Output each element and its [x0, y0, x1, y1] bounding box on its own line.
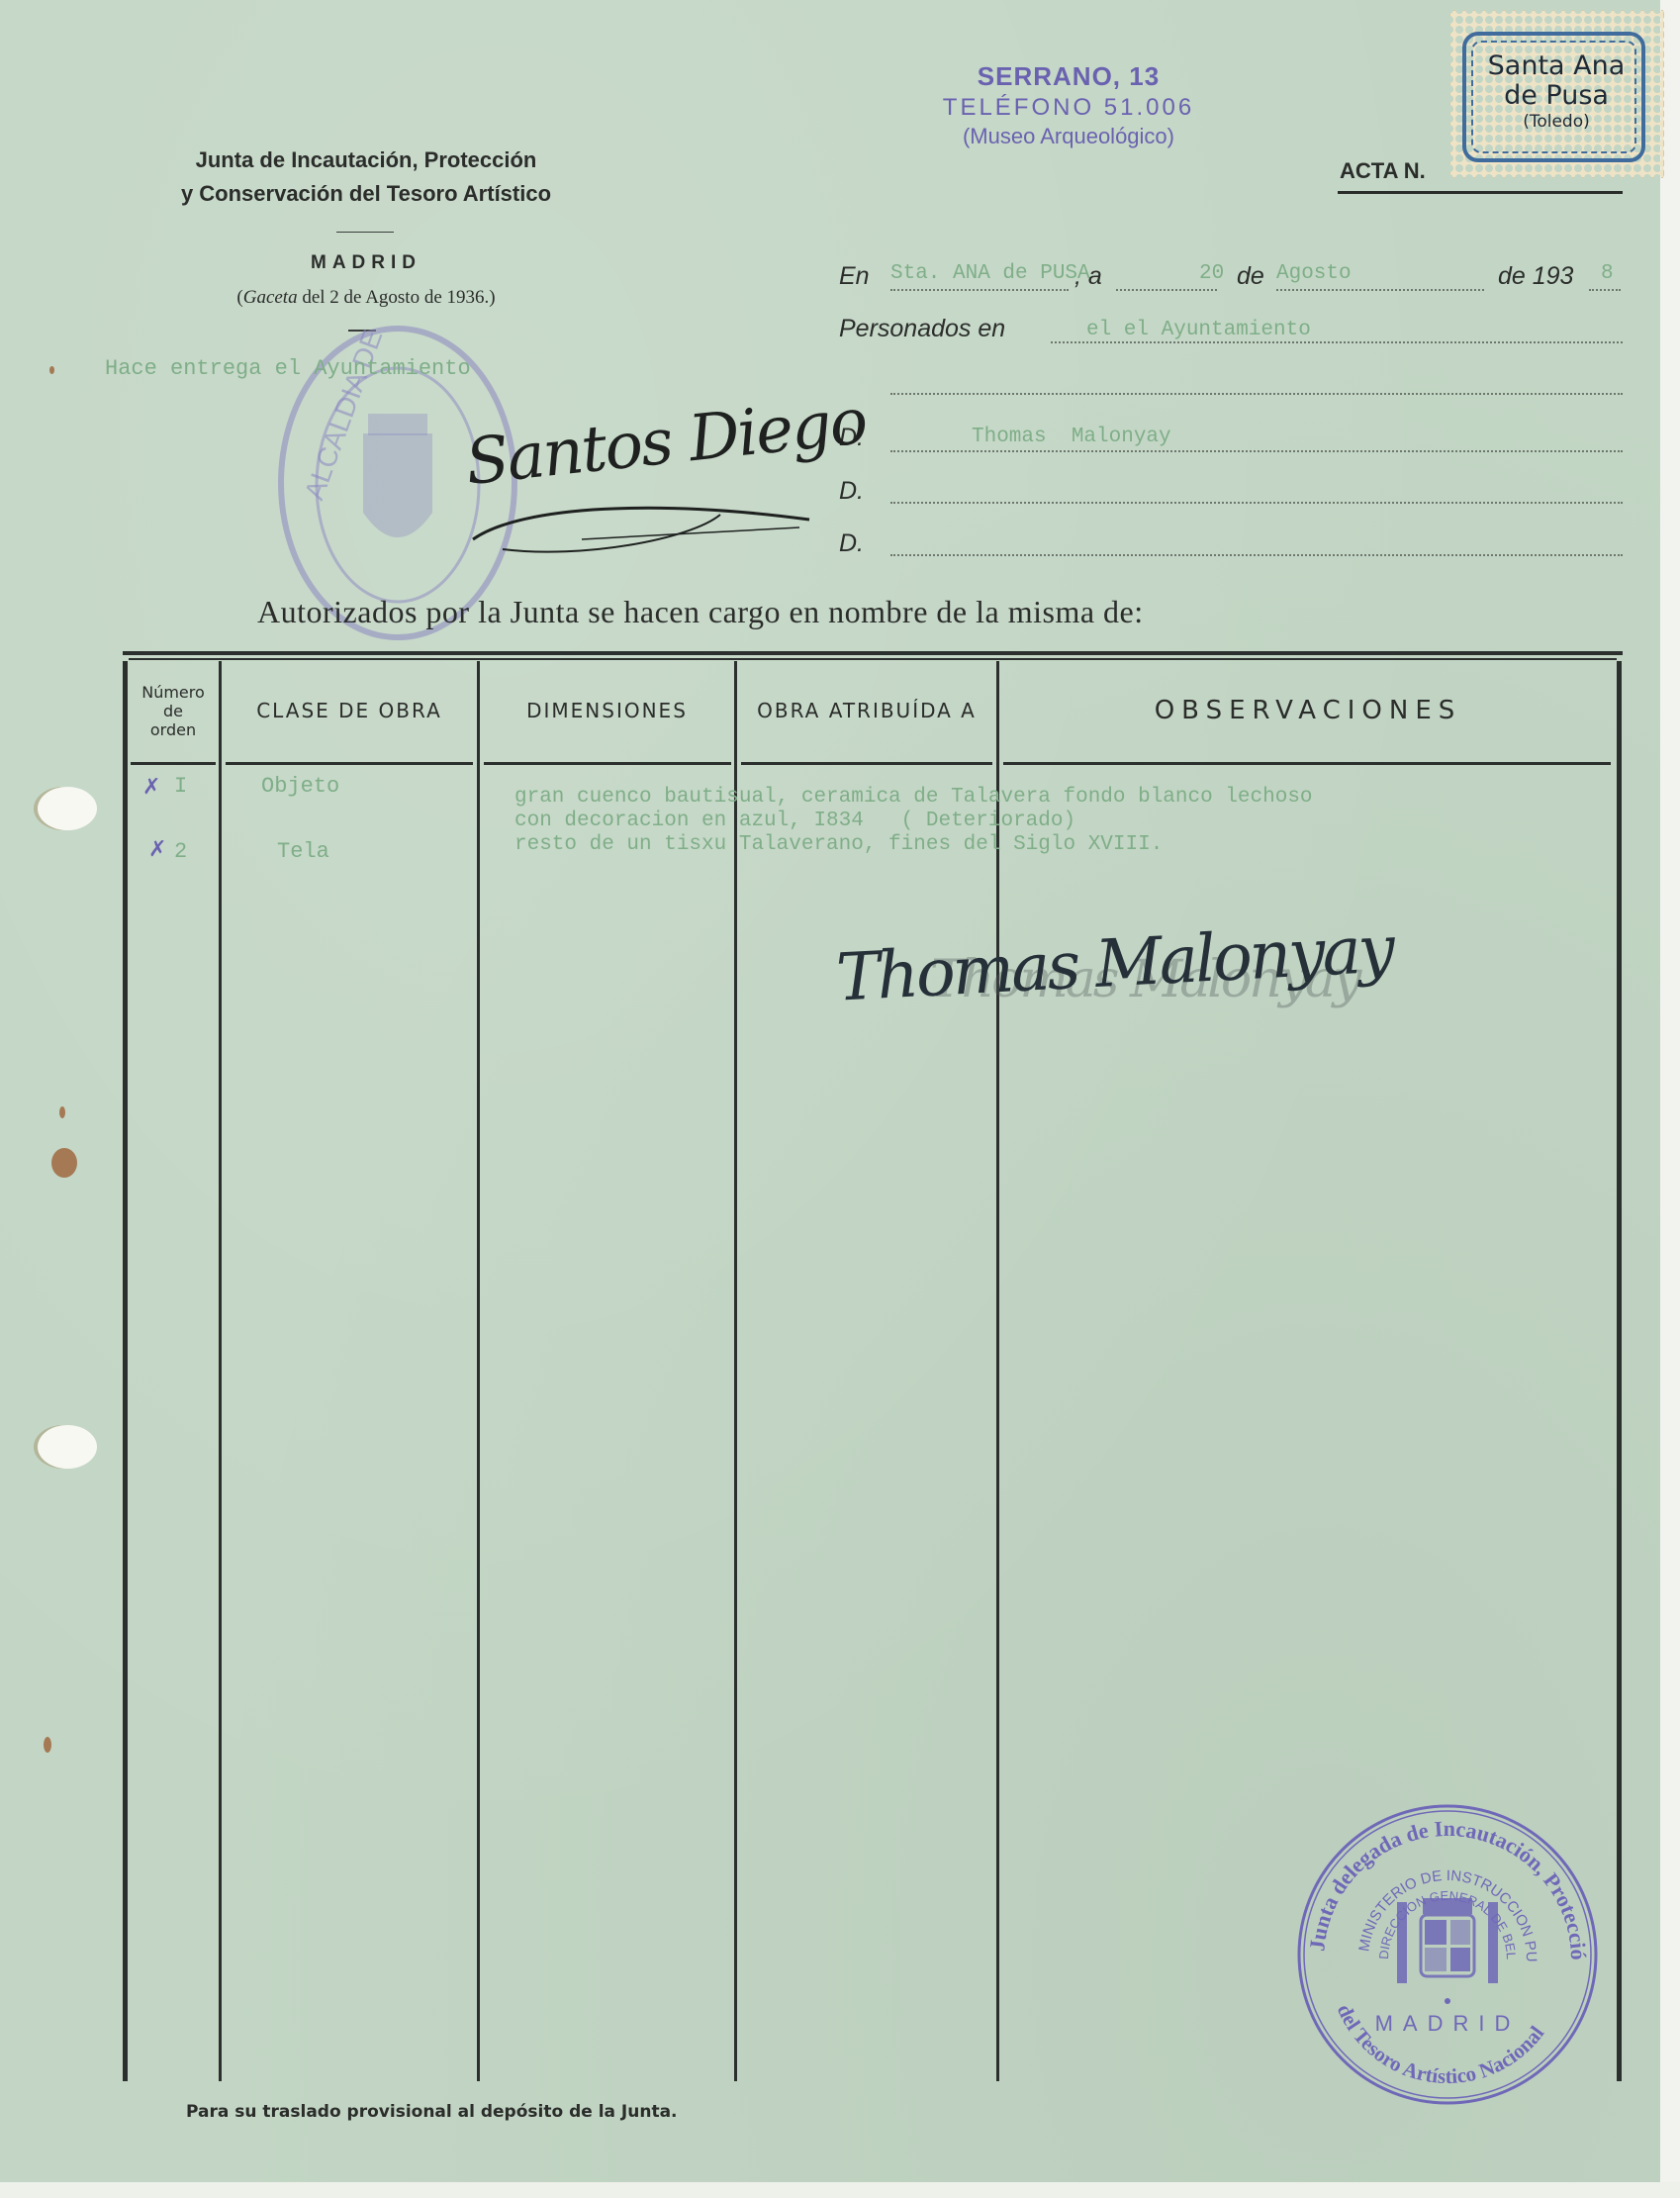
city-heading: MADRID	[109, 252, 623, 274]
header-rule	[484, 762, 731, 765]
header-rule	[131, 762, 216, 765]
rust-stain	[51, 1148, 77, 1178]
en-label: En	[839, 262, 870, 290]
checkmark-icon: ✗	[148, 837, 166, 862]
acta-label: ACTA N.	[1340, 158, 1426, 183]
rust-stain	[59, 1106, 65, 1118]
header-rule	[1003, 762, 1611, 765]
header-numero-line2: de	[141, 702, 205, 720]
person-1-field-line	[890, 450, 1623, 452]
divider	[336, 232, 394, 233]
personados-label: Personados en	[839, 315, 1005, 343]
town-label-text: Santa Ana de Pusa (Toledo)	[1472, 51, 1640, 133]
person-2-label: D.	[839, 477, 864, 506]
row-1-numero: I	[174, 774, 187, 799]
table-top-border	[123, 651, 1623, 655]
person-3-label: D.	[839, 529, 864, 558]
de-label: de	[1237, 262, 1264, 291]
gaceta-reference: (Gaceta del 2 de Agosto de 1936.)	[109, 287, 623, 309]
museum-line: (Museo Arqueológico)	[871, 124, 1266, 149]
row-1-description-line1: gran cuenco bautisual, ceramica de Talav…	[514, 786, 1313, 809]
column-divider	[734, 661, 737, 2081]
row-1-description-line2: con decoracion en azul, I834 ( Deteriora…	[514, 810, 1075, 832]
personados-field-line	[1051, 341, 1623, 343]
punch-hole-icon	[38, 1425, 97, 1469]
month-field-line	[1276, 289, 1484, 291]
rust-stain	[49, 366, 54, 374]
table-right-border	[1617, 661, 1622, 2081]
authorization-heading: Autorizados por la Junta se hacen cargo …	[257, 594, 1144, 630]
organization-title: Junta de Incautación, Protección y Conse…	[109, 143, 623, 211]
place-field-line	[890, 289, 1069, 291]
header-rule	[226, 762, 473, 765]
town-name: Santa Ana	[1472, 51, 1640, 81]
acta-number-label: ACTA N.	[1340, 158, 1426, 184]
address-stamp: SERRANO, 13 TELÉFONO 51.006 (Museo Arque…	[871, 61, 1266, 149]
column-header-clase: CLASE DE OBRA	[222, 661, 477, 760]
personados-field-line-2	[890, 393, 1623, 395]
town-name-2: de Pusa	[1472, 81, 1640, 111]
punch-hole-icon	[38, 787, 97, 830]
place-field[interactable]: Sta. ANA de PUSA	[890, 262, 1090, 285]
header-numero-line3: orden	[141, 720, 205, 739]
svg-text:MADRID: MADRID	[1375, 2011, 1521, 2036]
column-divider	[477, 661, 480, 2081]
handover-note: Hace entrega el Ayuntamiento	[105, 356, 471, 381]
year-label: de 193	[1498, 262, 1573, 291]
header-numero-line1: Número	[141, 683, 205, 702]
person-3-field-line	[890, 554, 1623, 556]
gaceta-italic: Gaceta	[243, 287, 298, 308]
address-line: SERRANO, 13	[871, 61, 1266, 92]
column-divider	[219, 661, 222, 2081]
scan-margin-right	[1660, 0, 1680, 2198]
year-field[interactable]: 8	[1601, 262, 1614, 285]
person-2-field-line	[890, 502, 1623, 504]
column-header-atribuida: OBRA ATRIBUÍDA A	[737, 661, 996, 760]
table-left-border	[123, 661, 128, 2081]
month-field[interactable]: Agosto	[1276, 262, 1352, 285]
header-rule	[741, 762, 992, 765]
rust-stain	[44, 1737, 51, 1753]
row-2-numero: 2	[174, 839, 187, 864]
checkmark-icon: ✗	[142, 775, 160, 800]
person-1-field[interactable]: Thomas Malonyay	[972, 426, 1171, 448]
row-2-clase: Tela	[277, 839, 329, 864]
scan-margin-bottom	[0, 2182, 1680, 2198]
column-divider	[996, 661, 999, 2081]
province-name: (Toledo)	[1472, 111, 1640, 133]
day-field-line	[1116, 289, 1217, 291]
acta-underline	[1338, 191, 1623, 194]
column-header-dimensiones: DIMENSIONES	[480, 661, 734, 760]
row-1-clase: Objeto	[261, 774, 339, 799]
column-header-numero: Número de orden	[128, 661, 219, 760]
personados-field[interactable]: el el Ayuntamiento	[1086, 319, 1311, 341]
year-field-line	[1589, 289, 1621, 291]
org-title-line1: Junta de Incautación, Protección	[109, 143, 623, 177]
footer-note: Para su traslado provisional al depósito…	[186, 2102, 678, 2122]
official-seal-icon: Junta delegada de Incautación, Protecció…	[1284, 1791, 1611, 2108]
column-header-observaciones: OBSERVACIONES	[999, 661, 1617, 760]
phone-line: TELÉFONO 51.006	[871, 94, 1266, 122]
gaceta-rest: del 2 de Agosto de 1936.)	[298, 287, 496, 308]
table-top-border-inner	[129, 658, 1617, 660]
org-title-line2: y Conservación del Tesoro Artístico	[109, 177, 623, 211]
day-field[interactable]: 20	[1199, 262, 1224, 285]
signature-flourish-icon	[463, 500, 819, 559]
row-2-description-line1: resto de un tisxu Talaverano, fines del …	[514, 833, 1163, 856]
a-label: , a	[1074, 262, 1102, 291]
place-date-row: En	[839, 262, 870, 291]
